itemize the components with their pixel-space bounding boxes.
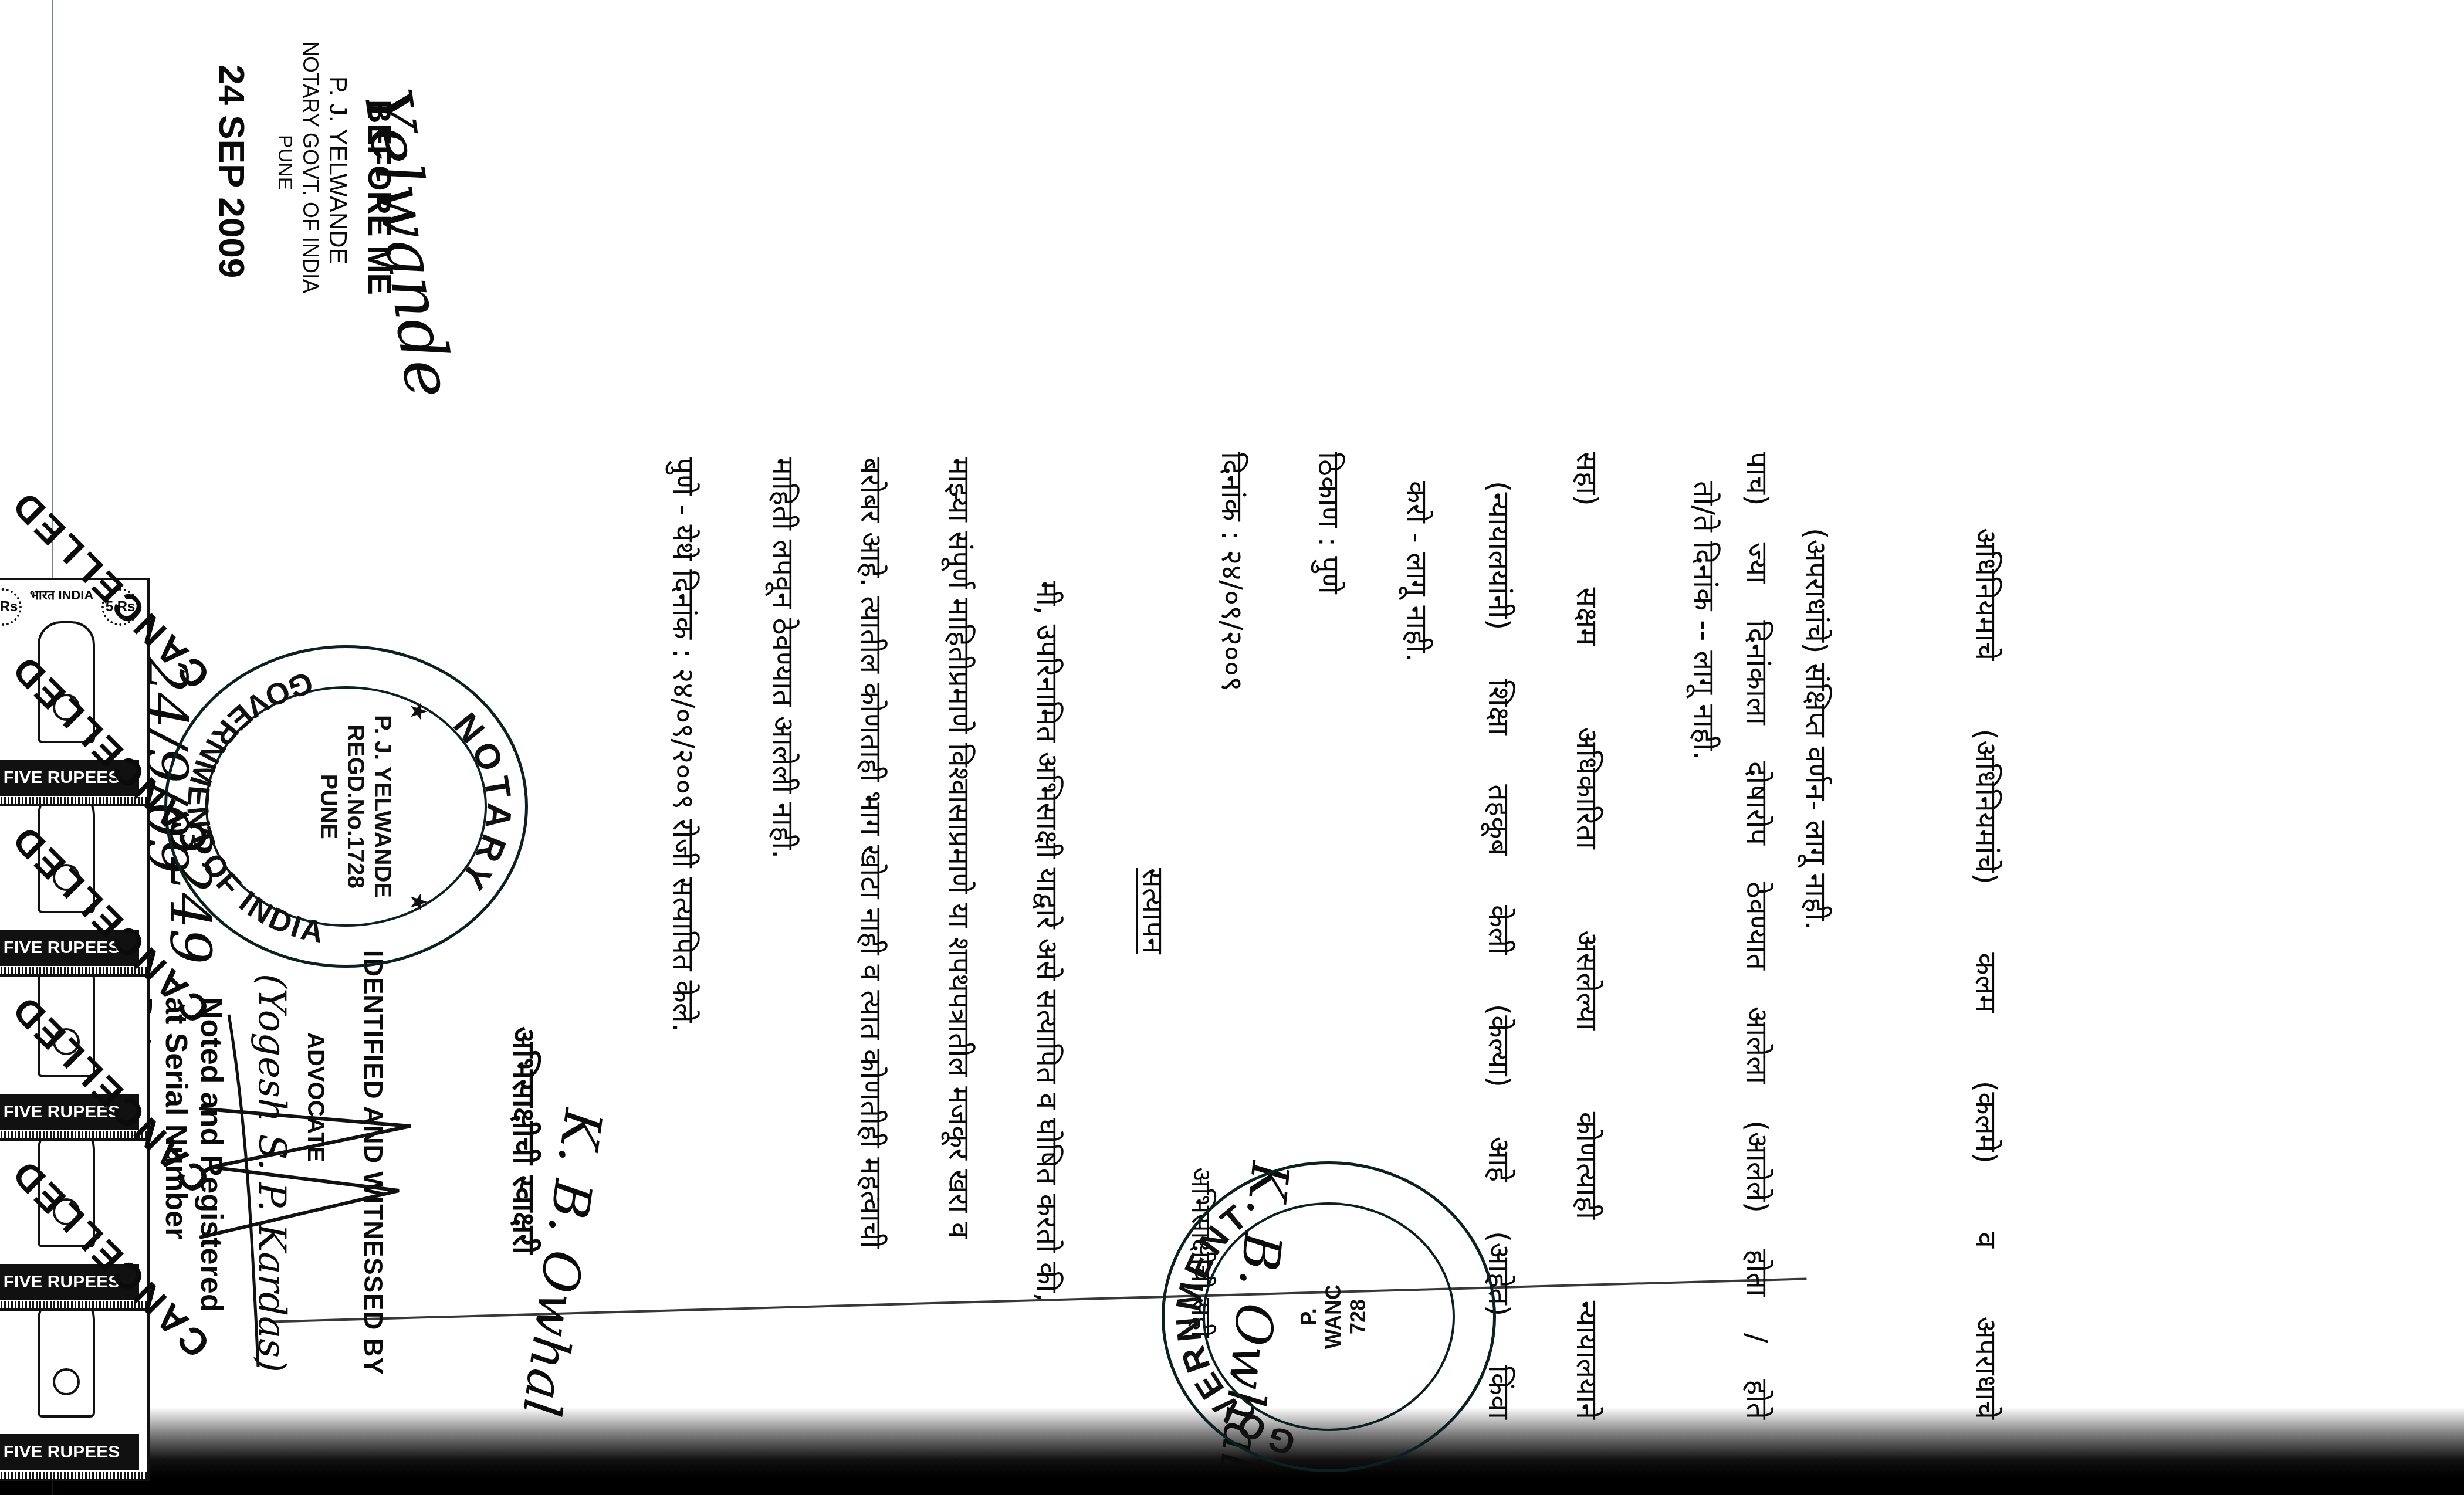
verification-heading: सत्यापन [1138, 868, 1167, 954]
svg-text:NOTARY: NOTARY [446, 706, 519, 900]
verification-line-4: माहिती लपवून ठेवण्यात आलेली नाही. [769, 457, 798, 859]
verification-line-1: मी, उपरिनामित अभिसाक्षी याद्वारे असे सत्… [1033, 581, 1062, 1301]
svg-text:GOVERNMENT: GOVERNMENT [1169, 1196, 1300, 1463]
verification-line-3: बरोबर आहे. त्यातील कोणताही भाग खोटा नाही… [857, 457, 886, 1248]
before-me-date: 24 SEP 2009 [211, 65, 252, 278]
date-line: दिनांक : २४/०९/२००९ [1217, 452, 1247, 691]
ashoka-emblem-icon [38, 1296, 95, 1418]
notary-seal-center: P. J. YELWANDE REGD.No.1728 PUNE [315, 645, 396, 968]
notary-seal: NOTARY GOVERNMENT OF INDIA ★ ★ P. J. YEL… [164, 645, 528, 968]
verification-place-date: पुणे - येथे दिनांक : २४/०९/२००९ रोजी सत्… [669, 457, 698, 1032]
star-icon: ★ [405, 891, 432, 913]
top-partial-seal: GOVERNMENT P. WANC 728 [1162, 1161, 1496, 1472]
stamp-value-badge: 5 Rs [0, 588, 22, 626]
stamp-denomination: FIVE RUPEES [0, 1434, 139, 1470]
before-me-designation: NOTARY GOVT. OF INDIA [298, 41, 323, 293]
deponent-bottom-label: अभिसाक्षीची स्वाक्षरी [504, 1026, 546, 1254]
before-me-name: P. J. YELWANDE [324, 76, 352, 265]
before-me-city: PUNE [273, 135, 296, 190]
body-line-5: सहा) सक्षम अधिकारिता असलेल्या कोणत्याही … [1572, 452, 1602, 1419]
body-line-1: अधिनियमाचे (अधिनियमांचे) कलम (कलमे) व अप… [1971, 528, 2001, 1419]
body-line-4: तो/ते दिनांक -- लागू नाही. [1690, 481, 1719, 760]
star-icon: ★ [405, 701, 432, 722]
place-line: ठिकाण : पुणे [1314, 452, 1343, 594]
scanned-affidavit-page: अधिनियमाचे (अधिनियमांचे) कलम (कलमे) व अप… [0, 0, 2464, 1495]
stamp-border-pattern [0, 1472, 147, 1479]
body-line-3: पाच) ज्या दिनांकाला दोषारोप ठेवण्यात आले… [1742, 452, 1772, 1419]
top-seal-center: P. WANC 728 [1297, 1161, 1370, 1472]
verification-line-2: माझ्या संपूर्ण माहितीप्रमाणे विश्वासाप्र… [945, 457, 974, 1239]
body-line-2: (अपराधांचे) संक्षिप्त वर्णन- लागू नाही. [1801, 528, 1830, 930]
svg-text:GOVERNMENT OF INDIA: GOVERNMENT OF INDIA [180, 665, 329, 950]
body-line-7: करो - लागू नाही. [1402, 481, 1431, 662]
